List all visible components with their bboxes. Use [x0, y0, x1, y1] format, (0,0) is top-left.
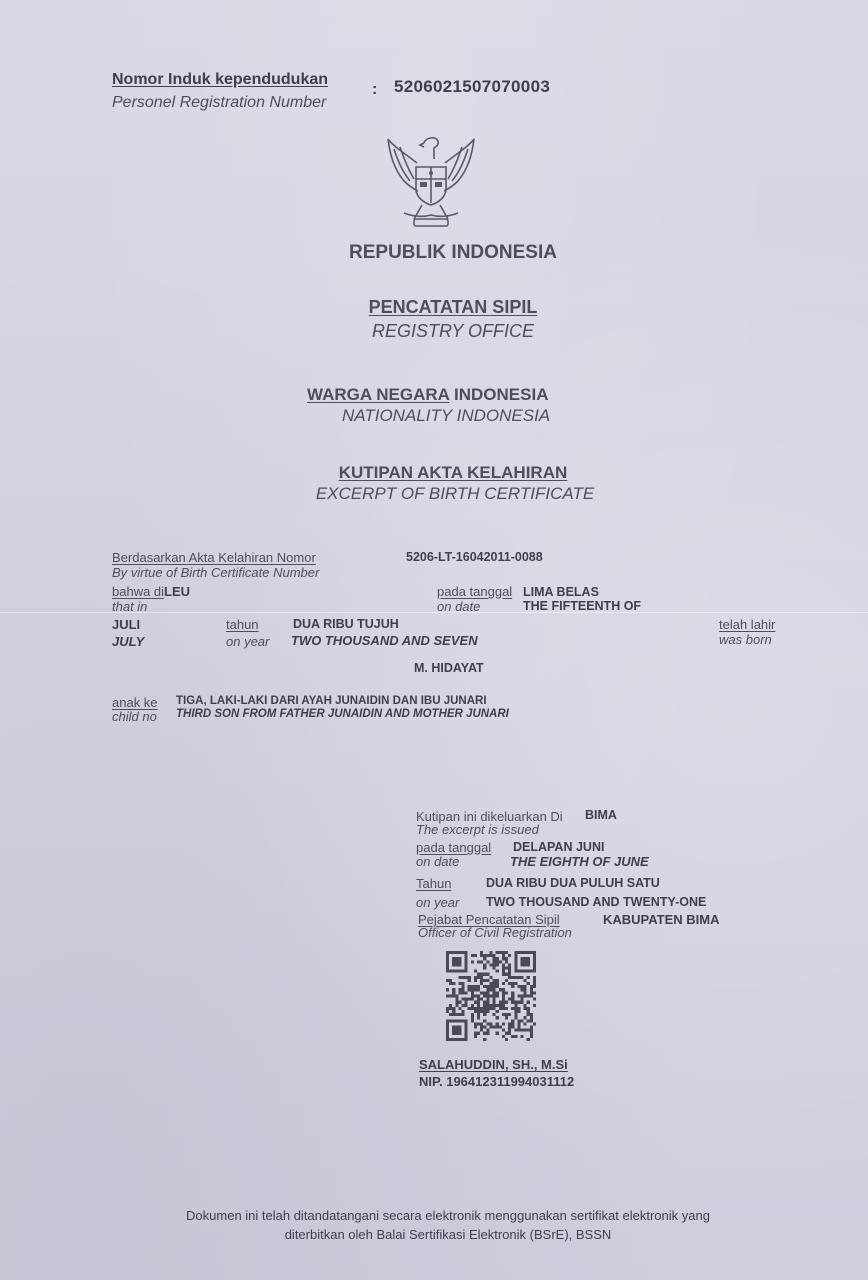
- officer-nip: NIP. 196412311994031112: [419, 1074, 574, 1089]
- issue-year-value: DUA RIBU DUA PULUH SATU: [486, 876, 660, 890]
- nik-label: Nomor Induk kependudukan: [112, 71, 328, 89]
- garuda-pancasila-emblem-icon: [384, 133, 478, 233]
- e-signature-notice-line1: Dokumen ini telah ditandatangani secara …: [0, 1206, 868, 1225]
- issue-year-label: Tahun: [416, 876, 451, 891]
- cert-number-value: 5206-LT-16042011-0088: [406, 550, 543, 564]
- child-no-label: anak ke: [112, 695, 158, 710]
- birth-date-value-en: THE FIFTEENTH OF: [523, 599, 641, 613]
- office-title-en: REGISTRY OFFICE: [0, 321, 868, 342]
- issue-date-label: pada tanggal: [416, 840, 491, 855]
- child-no-value: TIGA, LAKI-LAKI DARI AYAH JUNAIDIN DAN I…: [176, 695, 487, 707]
- nik-colon: :: [372, 81, 377, 99]
- document-title: KUTIPAN AKTA KELAHIRAN: [0, 463, 868, 483]
- birth-date-label-en: on date: [437, 599, 480, 614]
- issued-place: BIMA: [585, 808, 617, 822]
- officer-region: KABUPATEN BIMA: [603, 912, 720, 927]
- nationality-line: WARGA NEGARA INDONESIA: [307, 385, 549, 405]
- country-title: REPUBLIK INDONESIA: [0, 242, 868, 264]
- cert-number-label: Berdasarkan Akta Kelahiran Nomor: [112, 550, 316, 565]
- issue-year-value-en: TWO THOUSAND AND TWENTY-ONE: [486, 895, 706, 909]
- birth-year-label-en: on year: [226, 634, 269, 649]
- nationality-value: INDONESIA: [454, 385, 548, 404]
- issue-date-value: DELAPAN JUNI: [513, 840, 604, 854]
- birth-year-label: tahun: [226, 617, 259, 632]
- place-value: LEU: [164, 584, 190, 599]
- officer-label-en: Officer of Civil Registration: [418, 925, 572, 940]
- birth-date-label: pada tanggal: [437, 584, 512, 599]
- born-label: telah lahir: [719, 617, 775, 632]
- birth-year-value: DUA RIBU TUJUH: [293, 617, 399, 631]
- nik-value: 5206021507070003: [394, 77, 550, 97]
- e-signature-notice-line2: diterbitkan oleh Balai Sertifikasi Elekt…: [0, 1225, 868, 1244]
- cert-number-label-en: By virtue of Birth Certificate Number: [112, 565, 319, 580]
- born-label-en: was born: [719, 632, 772, 647]
- child-name: M. HIDAYAT: [414, 661, 484, 675]
- issue-date-value-en: THE EIGHTH OF JUNE: [510, 854, 649, 869]
- nationality-label: WARGA NEGARA: [307, 385, 449, 404]
- qr-code-icon: [446, 949, 536, 1043]
- birth-month: JULI: [112, 617, 140, 632]
- issued-label-en: The excerpt is issued: [416, 822, 539, 837]
- place-line: bahwa diLEU: [112, 584, 190, 599]
- birth-date-value: LIMA BELAS: [523, 585, 599, 599]
- nik-label-en: Personel Registration Number: [112, 94, 326, 112]
- nationality-en: NATIONALITY INDONESIA: [342, 406, 550, 426]
- office-title: PENCATATAN SIPIL: [0, 297, 868, 318]
- document-title-en: EXCERPT OF BIRTH CERTIFICATE: [0, 484, 868, 504]
- place-label: bahwa di: [112, 584, 164, 599]
- e-signature-notice: Dokumen ini telah ditandatangani secara …: [0, 1206, 868, 1244]
- child-no-value-en: THIRD SON FROM FATHER JUNAIDIN AND MOTHE…: [176, 708, 509, 720]
- birth-year-value-en: TWO THOUSAND AND SEVEN: [291, 633, 478, 648]
- birth-month-en: JULY: [112, 634, 144, 649]
- child-no-label-en: child no: [112, 709, 157, 724]
- officer-name: SALAHUDDIN, SH., M.Si: [419, 1057, 568, 1072]
- issue-year-label-en: on year: [416, 895, 459, 910]
- issue-date-label-en: on date: [416, 854, 459, 869]
- place-label-en: that in: [112, 599, 147, 614]
